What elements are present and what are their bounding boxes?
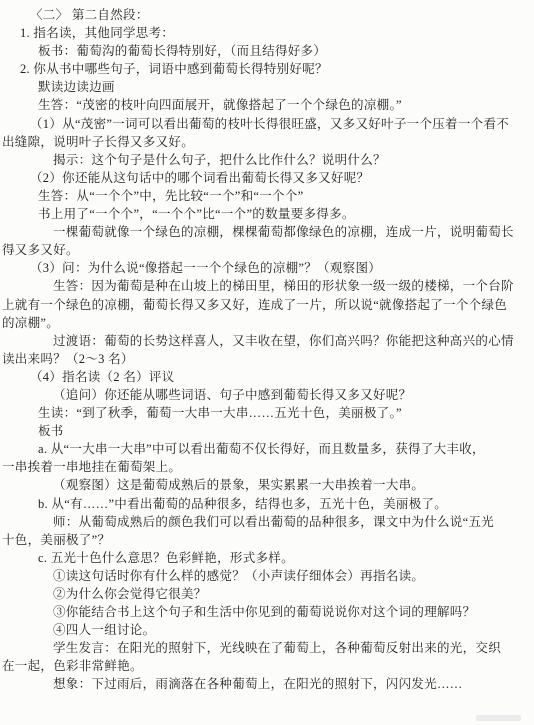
text-line: b. 从“有……”中看出葡萄的品种很多，结得也多，五光十色，美丽极了。: [0, 495, 534, 513]
lesson-plan-text: 〈二〉 第二自然段：1. 指名读，其他同学思考：板书：葡萄沟的葡萄长得特别好，（…: [0, 6, 534, 694]
text-line: a. 从“一大串一大串”中可以看出葡萄不仅长得好，而且数量多，获得了大丰收，: [0, 440, 534, 458]
text-line: 1. 指名读，其他同学思考：: [0, 24, 534, 42]
text-line: 的凉棚”。: [0, 314, 534, 332]
text-line: ①读这句话时你有什么样的感觉？（小声读仔细体会）再指名读。: [0, 567, 534, 585]
scan-smudge: [476, 715, 521, 721]
text-line: 揭示：这个句子是什么句子，把什么比作什么？说明什么？: [0, 151, 534, 169]
text-line: ②为什么你会觉得它很美？: [0, 585, 534, 603]
text-line: 2. 你从书中哪些句子，词语中感到葡萄长得特别好呢？: [0, 60, 534, 78]
text-line: 过渡语：葡萄的长势这样喜人，又丰收在望，你们高兴吗？你能把这种高兴的心情: [0, 332, 534, 350]
text-line: 师：从葡萄成熟后的颜色我们可以看出葡萄的品种很多，课文中为什么说“五光: [0, 513, 534, 531]
text-line: ④四人一组讨论。: [0, 621, 534, 639]
text-line: 十色，美丽极了”？: [0, 531, 534, 549]
text-line: 生答：从“一个个”中，先比较“一个”和“一个个”: [0, 187, 534, 205]
text-line: 默读边读边画: [0, 78, 534, 96]
text-line: （3）问：为什么说“像搭起一一个个绿色的凉棚”？（观察图）: [0, 259, 534, 277]
text-line: 读出来吗？（2～3 名）: [0, 350, 534, 368]
text-line: 在一起，色彩非常鲜艳。: [0, 657, 534, 675]
text-line: （1）从“茂密”一词可以看出葡萄的枝叶长得很旺盛，又多又好叶子一个压着一个看不: [0, 115, 534, 133]
text-line: （2）你还能从这句话中的哪个词看出葡萄长得又多又好呢？: [0, 169, 534, 187]
text-line: 书上用了“一个个”，“一个个”比“一个”的数量要多得多。: [0, 205, 534, 223]
text-line: 生读：“到了秋季，葡萄一大串一大串……五光十色，美丽极了。”: [0, 404, 534, 422]
text-line: 得又多又好。: [0, 241, 534, 259]
text-line: 想象：下过雨后，雨滴落在各种葡萄上，在阳光的照射下，闪闪发光……: [0, 675, 534, 693]
text-line: 板书：葡萄沟的葡萄长得特别好，（而且结得好多）: [0, 42, 534, 60]
text-line: 学生发言：在阳光的照射下，光线映在了葡萄上，各种葡萄反射出来的光，交织: [0, 639, 534, 657]
text-line: c. 五光十色什么意思？色彩鲜艳，形式多样。: [0, 549, 534, 567]
text-line: （观察图）这是葡萄成熟后的景象，果实累累一大串挨着一大串。: [0, 476, 534, 494]
text-line: 生答：因为葡萄是种在山坡上的梯田里，梯田的形状象一级一级的楼梯，一个台阶: [0, 277, 534, 295]
text-line: 生答：“茂密的枝叶向四面展开，就像搭起了一个个绿色的凉棚。”: [0, 96, 534, 114]
text-line: 一棵葡萄就像一个绿色的凉棚，棵棵葡萄都像绿色的凉棚，连成一片，说明葡萄长: [0, 223, 534, 241]
text-line: ③你能结合书上这个句子和生活中你见到的葡萄说说你对这个词的理解吗？: [0, 603, 534, 621]
document-page: 〈二〉 第二自然段：1. 指名读，其他同学思考：板书：葡萄沟的葡萄长得特别好，（…: [0, 0, 534, 725]
text-line: （追问）你还能从哪些词语、句子中感到葡萄长得又多又好呢？: [0, 386, 534, 404]
text-line: 一串挨着一串地挂在葡萄架上。: [0, 458, 534, 476]
text-line: 出缝隙，说明叶子长得又多又好。: [0, 133, 534, 151]
text-line: 上就有一个绿色的凉棚，葡萄长得又多又好，连成了一片，所以说“就像搭起了一个个绿色: [0, 296, 534, 314]
text-line: 〈二〉 第二自然段：: [0, 6, 534, 24]
text-line: （4）指名读（2 名）评议: [0, 368, 534, 386]
text-line: 板书: [0, 422, 534, 440]
